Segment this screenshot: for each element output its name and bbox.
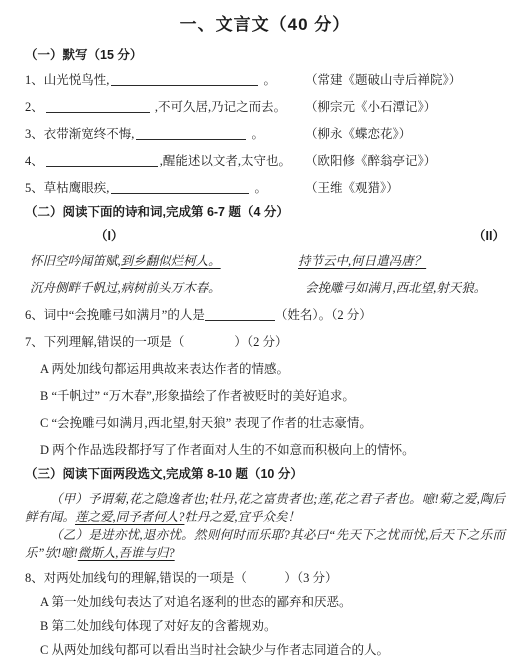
question8-option-b: B 第二处加线句体现了对好友的含蓄规劝。 <box>25 614 505 638</box>
dictation-post: ,不可久居,乃记之而去。 <box>155 100 286 114</box>
source-citation: （柳永《蝶恋花》） <box>305 121 411 148</box>
exam-paper: 一、文言文（40 分） （一）默写（15 分） 1、山光悦鸟性, 。 （常建《题… <box>0 0 530 660</box>
dictation-item-3: 3、衣带渐宽终不悔, 。 （柳永《蝶恋花》） <box>25 121 505 148</box>
page-title: 一、文言文（40 分） <box>25 10 505 35</box>
source-citation: （常建《题破山寺后禅院》） <box>305 67 461 94</box>
dictation-pre: 2、 <box>25 100 44 114</box>
section3-heading: （三）阅读下面两段选文,完成第 8-10 题（10 分） <box>25 464 505 484</box>
question8-option-c: C 从两处加线句都可以看出当时社会缺少与作者志同道合的人。 <box>25 638 505 660</box>
question7-option-d: D 两个作品选段都抒写了作者面对人生的不如意而积极向上的情怀。 <box>25 437 505 464</box>
question-7-stem: 7、下列理解,错误的一项是（ ）（2 分） <box>25 329 505 356</box>
dictation-pre: 3、衣带渐宽终不悔, <box>25 127 134 141</box>
dictation-post: 。 <box>255 181 268 195</box>
question-6: 6、词中“会挽雕弓如满月”的人是（姓名）。（2 分） <box>25 302 505 329</box>
answer-blank <box>46 154 158 167</box>
passage-jia-tail: 牡丹之爱,宜乎众矣！ <box>184 510 300 524</box>
question7-option-a: A 两处加线句都运用典故来表达作者的情感。 <box>25 356 505 383</box>
poem2-line1-underlined: 持节云中,何日遣冯唐？ <box>298 248 426 275</box>
underlined-phrase: 到乡翻似烂柯人。 <box>121 254 221 268</box>
answer-blank <box>136 127 246 140</box>
dictation-pre: 4、 <box>25 154 44 168</box>
section1-heading: （一）默写（15 分） <box>25 45 505 65</box>
answer-blank <box>205 308 275 321</box>
poem-line-row-1: 怀旧空吟闻笛赋,到乡翻似烂柯人。 持节云中,何日遣冯唐？ <box>25 248 505 275</box>
dictation-item-1: 1、山光悦鸟性, 。 （常建《题破山寺后禅院》） <box>25 67 505 94</box>
question7-option-c: C “会挽雕弓如满月,西北望,射天狼” 表现了作者的壮志豪情。 <box>25 410 505 437</box>
question6-post: （姓名）。（2 分） <box>275 308 372 322</box>
poem1-label: （I） <box>95 229 123 243</box>
source-citation: （王维《观猎》） <box>305 175 399 202</box>
question-8-stem: 8、对两处加线句的理解,错误的一项是（ ）（3 分） <box>25 566 505 590</box>
dictation-item-2: 2、 ,不可久居,乃记之而去。 （柳宗元《小石潭记》） <box>25 94 505 121</box>
dictation-post: 。 <box>252 127 265 141</box>
dictation-pre: 1、山光悦鸟性, <box>25 73 109 87</box>
dictation-pre: 5、草枯鹰眼疾, <box>25 181 109 195</box>
source-citation: （欧阳修《醉翁亭记》） <box>305 148 436 175</box>
underlined-phrase: 微斯人,吾谁与归? <box>78 546 175 560</box>
poem2-label: （II） <box>473 224 505 248</box>
answer-blank <box>46 100 150 113</box>
poem-labels: （I） （II） <box>25 224 505 248</box>
question7-option-b: B “千帆过” “万木春”,形象描绘了作者被贬时的美好追求。 <box>25 383 505 410</box>
dictation-post: 。 <box>264 73 277 87</box>
dictation-item-5: 5、草枯鹰眼疾, 。 （王维《观猎》） <box>25 175 505 202</box>
passage-jia: （甲）予谓菊,花之隐逸者也;牡丹,花之富贵者也;莲,花之君子者也。噫!菊之爱,陶… <box>25 490 505 526</box>
underlined-phrase: 莲之爱,同予者何人? <box>75 510 184 524</box>
passage-yi: （乙）是进亦忧,退亦忧。然则何时而乐耶?其必曰“先天下之忧而忧,后天下之乐而乐”… <box>25 526 505 562</box>
poem2-line2: 会挽雕弓如满月,西北望,射天狼。 <box>305 275 486 302</box>
poem-line-row-2: 沉舟侧畔千帆过,病树前头万木春。 会挽雕弓如满月,西北望,射天狼。 <box>25 275 505 302</box>
source-citation: （柳宗元《小石潭记》） <box>305 94 436 121</box>
answer-blank <box>111 181 249 194</box>
answer-blank <box>111 73 258 86</box>
poem1-line2: 沉舟侧畔千帆过,病树前头万木春。 <box>25 281 221 295</box>
dictation-item-4: 4、,醒能述以文者,太守也。 （欧阳修《醉翁亭记》） <box>25 148 505 175</box>
question6-pre: 6、词中“会挽雕弓如满月”的人是 <box>25 308 205 322</box>
question8-option-a: A 第一处加线句表达了对追名逐利的世态的鄙弃和厌恶。 <box>25 590 505 614</box>
section2-heading: （二）阅读下面的诗和词,完成第 6-7 题（4 分） <box>25 202 505 222</box>
poem1-line1: 怀旧空吟闻笛赋,到乡翻似烂柯人。 <box>25 254 221 268</box>
passages: （甲）予谓菊,花之隐逸者也;牡丹,花之富贵者也;莲,花之君子者也。噫!菊之爱,陶… <box>25 486 505 564</box>
dictation-post: ,醒能述以文者,太守也。 <box>160 154 291 168</box>
